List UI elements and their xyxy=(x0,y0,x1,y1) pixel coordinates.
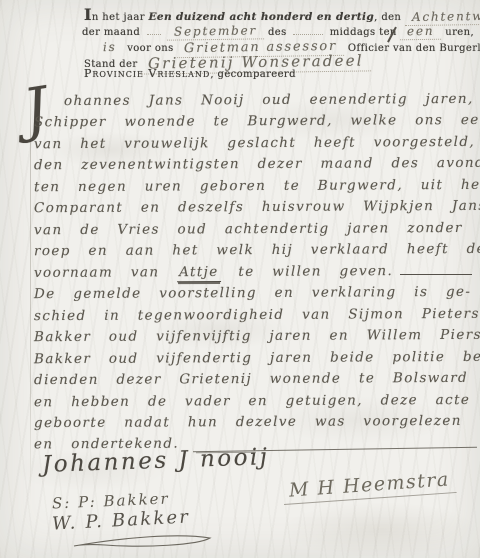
dotted-blank xyxy=(147,23,161,35)
signature-official: M H Heemstra xyxy=(282,468,456,505)
printed-text: der maand xyxy=(82,27,140,38)
printed-text: n het jaar xyxy=(92,12,145,23)
child-name: Attje xyxy=(177,264,221,282)
body-line: en hebben de vader en getuigen, deze act… xyxy=(34,392,480,411)
body-line: geboorte nadat hun dezelve was voorgelez… xyxy=(34,413,462,431)
body-line: Bakker oud vijfenvijftig jaren en Willem… xyxy=(34,327,480,345)
dotted-blank xyxy=(293,23,323,35)
body-line: schied in tegenwoordigheid van Sijmon Pi… xyxy=(34,306,480,324)
signature-flourish xyxy=(70,531,220,553)
paper-crease xyxy=(30,82,31,502)
body-text: te willen geven. xyxy=(238,263,393,280)
body-name-line: voornaam van Attje te willen geven. xyxy=(34,263,393,281)
printed-text: middags ten xyxy=(330,27,397,38)
handwritten-hour-field: een xyxy=(400,24,442,41)
body-text: voornaam van xyxy=(34,264,159,281)
header-line-5: Provincie Vriesland, gecompareerd xyxy=(84,67,296,80)
header-line-1: In het jaar Een duizend acht honderd en … xyxy=(84,5,480,25)
printed-year-text: Een duizend acht honderd en dertig xyxy=(148,11,374,23)
handwritten-month-field: September xyxy=(167,23,264,40)
body-line: den zevenentwintigsten dezer maand des a… xyxy=(34,155,480,173)
printed-text: , gecompareerd xyxy=(210,69,296,80)
header-line-2: der maand September des middags ten een … xyxy=(82,23,474,40)
body-line: ten negen uren geboren te Burgwerd, uit … xyxy=(34,177,480,195)
body-line: dienden dezer Grietenij wonende te Bolsw… xyxy=(34,370,468,388)
printed-text: , den xyxy=(374,12,401,23)
end-dash-rule xyxy=(400,274,472,275)
body-line: Bakker oud vijfendertig jaren beide poli… xyxy=(34,349,480,367)
printed-text: uren, xyxy=(445,27,474,38)
printed-text: des xyxy=(268,27,287,38)
printed-province-text: Provincie Vriesland xyxy=(84,67,210,80)
dropcap-initial: I xyxy=(84,5,92,24)
body-line: van het vrouwelijk geslacht heeft voorge… xyxy=(34,134,480,153)
body-line: Schipper wonende te Burgwerd, welke ons … xyxy=(34,112,480,131)
body-line: Comparant en deszelfs huisvrouw Wijpkjen… xyxy=(34,198,480,216)
body-line: van de Vries oud achtendertig jaren zond… xyxy=(34,220,480,238)
document-scan: In het jaar Een duizend acht honderd en … xyxy=(0,0,480,558)
body-line: De gemelde voorstelling en verklaring is… xyxy=(34,284,471,302)
body-line: ohannes Jans Nooij oud eenendertig jaren… xyxy=(64,91,474,109)
body-line: roep en aan het welk hij verklaard heeft… xyxy=(34,241,480,259)
